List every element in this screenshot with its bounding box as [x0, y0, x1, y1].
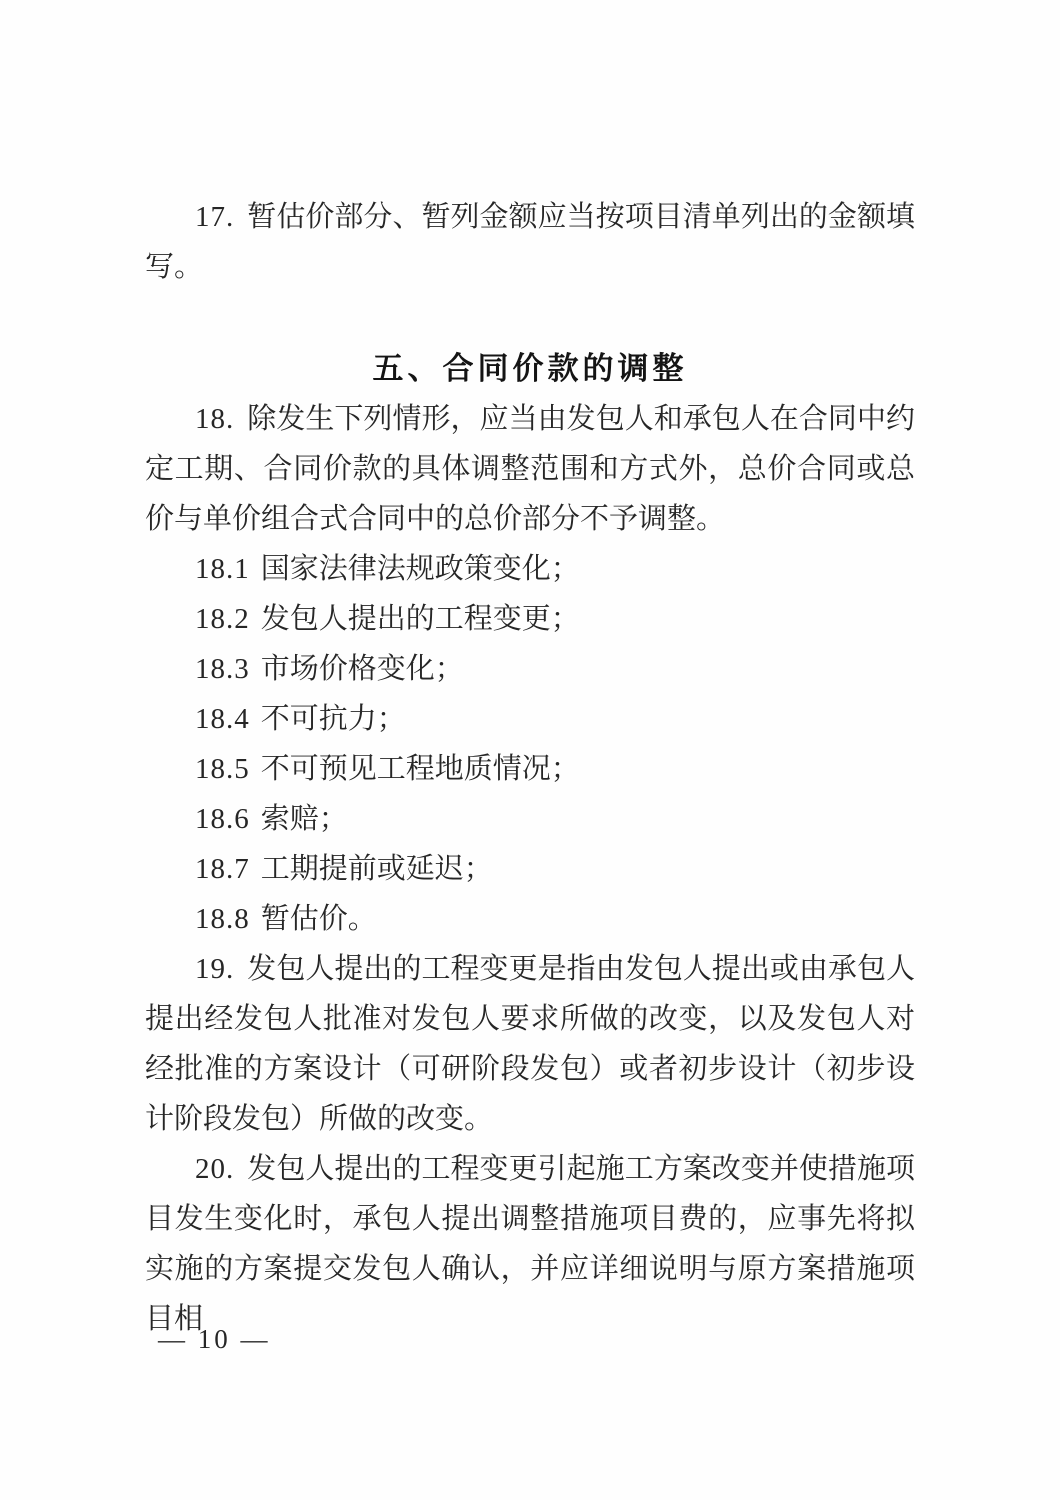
- clause-18-5: 18.5不可预见工程地质情况；: [145, 744, 915, 794]
- clause-18-4: 18.4不可抗力；: [145, 694, 915, 744]
- paragraph-20-number: 20.: [195, 1153, 234, 1185]
- paragraph-17: 17.暂估价部分、暂列金额应当按项目清单列出的金额填写。: [145, 192, 915, 292]
- clause-18-6: 18.6索赔；: [145, 794, 915, 844]
- clause-18-4-number: 18.4: [195, 703, 250, 735]
- paragraph-19-number: 19.: [195, 953, 234, 985]
- clause-18-2-text: 发包人提出的工程变更；: [261, 603, 580, 635]
- section-heading: 五、合同价款的调整: [145, 344, 915, 394]
- clause-18-2-number: 18.2: [195, 603, 250, 635]
- paragraph-17-number: 17.: [195, 201, 234, 233]
- paragraph-18: 18.除发生下列情形，应当由发包人和承包人在合同中约定工期、合同价款的具体调整范…: [145, 394, 915, 544]
- document-page: 17.暂估价部分、暂列金额应当按项目清单列出的金额填写。 五、合同价款的调整 1…: [0, 0, 1060, 1500]
- clause-18-2: 18.2发包人提出的工程变更；: [145, 594, 915, 644]
- clause-18-3-number: 18.3: [195, 653, 250, 685]
- clause-18-7: 18.7工期提前或延迟；: [145, 844, 915, 894]
- clause-18-1-text: 国家法律法规政策变化；: [261, 553, 580, 585]
- clause-18-5-text: 不可预见工程地质情况；: [261, 753, 580, 785]
- clause-18-1-number: 18.1: [195, 553, 250, 585]
- clause-18-6-number: 18.6: [195, 803, 250, 835]
- clause-18-7-text: 工期提前或延迟；: [261, 853, 493, 885]
- clause-18-7-number: 18.7: [195, 853, 250, 885]
- paragraph-20-text: 发包人提出的工程变更引起施工方案改变并使措施项目发生变化时，承包人提出调整措施项…: [145, 1153, 915, 1335]
- clause-18-8-text: 暂估价。: [261, 903, 377, 935]
- clause-18-1: 18.1国家法律法规政策变化；: [145, 544, 915, 594]
- clause-18-6-text: 索赔；: [261, 803, 348, 835]
- paragraph-19: 19.发包人提出的工程变更是指由发包人提出或由承包人提出经发包人批准对发包人要求…: [145, 944, 915, 1144]
- clause-18-3-text: 市场价格变化；: [261, 653, 464, 685]
- paragraph-18-text: 除发生下列情形，应当由发包人和承包人在合同中约定工期、合同价款的具体调整范围和方…: [145, 403, 915, 535]
- paragraph-17-text: 暂估价部分、暂列金额应当按项目清单列出的金额填写。: [145, 201, 915, 283]
- document-content: 17.暂估价部分、暂列金额应当按项目清单列出的金额填写。 五、合同价款的调整 1…: [145, 192, 915, 1344]
- clause-18-5-number: 18.5: [195, 753, 250, 785]
- paragraph-20: 20.发包人提出的工程变更引起施工方案改变并使措施项目发生变化时，承包人提出调整…: [145, 1144, 915, 1344]
- paragraph-19-text: 发包人提出的工程变更是指由发包人提出或由承包人提出经发包人批准对发包人要求所做的…: [145, 953, 915, 1135]
- clause-18-8: 18.8暂估价。: [145, 894, 915, 944]
- page-number: — 10 —: [158, 1322, 271, 1356]
- clause-18-4-text: 不可抗力；: [261, 703, 406, 735]
- clause-18-3: 18.3市场价格变化；: [145, 644, 915, 694]
- clause-18-8-number: 18.8: [195, 903, 250, 935]
- paragraph-18-number: 18.: [195, 403, 234, 435]
